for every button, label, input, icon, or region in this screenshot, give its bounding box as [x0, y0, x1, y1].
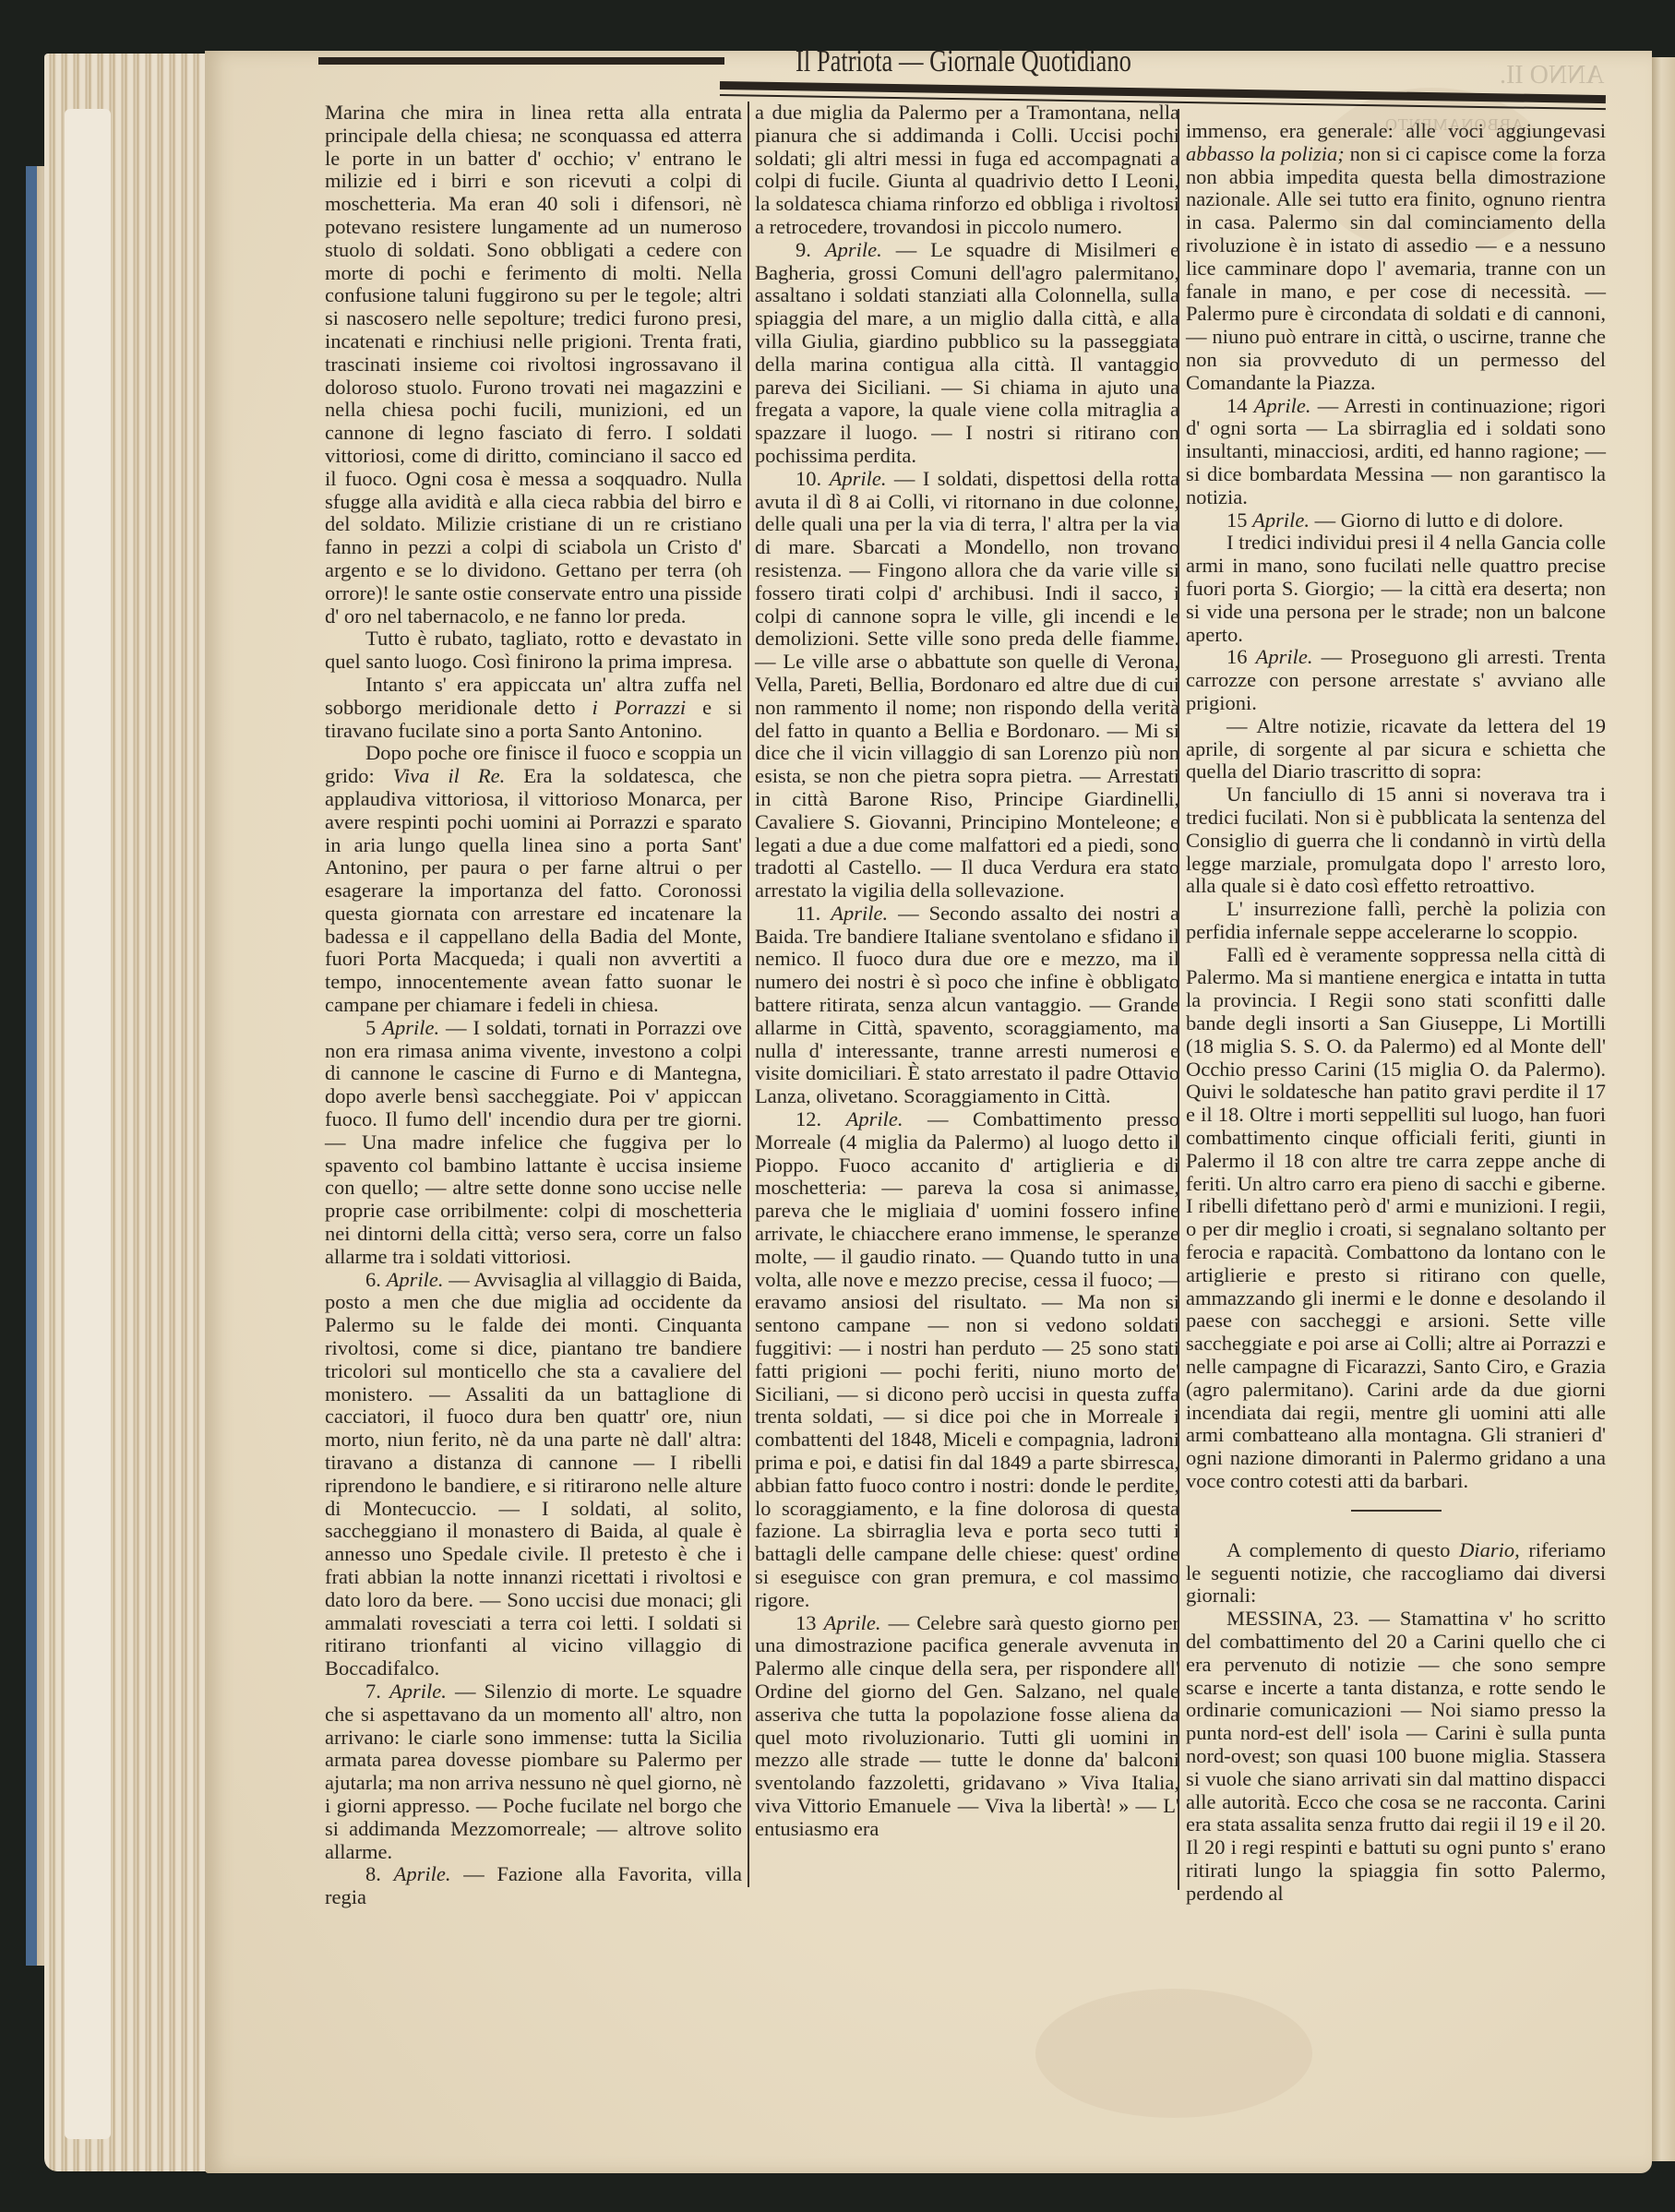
- date-label: i Porrazzi: [592, 696, 687, 719]
- date-label: Aprile.: [830, 467, 887, 490]
- paragraph-text: 11.: [796, 902, 831, 925]
- date-label: Diario,: [1459, 1538, 1520, 1561]
- article-paragraph: 7. Aprile. — Silenzio di morte. Le squad…: [325, 1680, 742, 1863]
- paragraph-text: — Silenzio di morte. Le squadre che si a…: [325, 1680, 742, 1863]
- date-label: Aprile.: [1256, 645, 1313, 668]
- date-label: Aprile.: [1252, 508, 1310, 532]
- article-paragraph: Tutto è rubato, tagliato, rotto e devast…: [325, 628, 742, 674]
- article-paragraph: Un fanciullo di 15 anni si noverava tra …: [1186, 783, 1606, 898]
- paragraph-text: 13: [796, 1611, 824, 1634]
- paragraph-text: — I soldati, tornati in Porrazzi ove non…: [325, 1016, 742, 1268]
- date-label: Aprile.: [394, 1862, 451, 1885]
- article-paragraph: 11. Aprile. — Secondo assalto dei nostri…: [755, 903, 1179, 1108]
- paragraph-text: immenso, era generale: alle voci aggiung…: [1186, 119, 1606, 142]
- paragraph-text: non si ci capisce come la forza non abbi…: [1186, 142, 1606, 394]
- text-column-3: immenso, era generale: alle voci aggiung…: [1186, 120, 1606, 1906]
- article-paragraph: 5 Aprile. — I soldati, tornati in Porraz…: [325, 1017, 742, 1269]
- date-label: Aprile.: [1254, 394, 1311, 417]
- article-paragraph: A complemento di questo Diario, riferiam…: [1186, 1539, 1606, 1608]
- article-paragraph: immenso, era generale: alle voci aggiung…: [1186, 120, 1606, 395]
- paragraph-text: A complemento di questo: [1226, 1538, 1459, 1561]
- paper-stain: [1035, 1989, 1312, 2118]
- next-page-edge: [1652, 57, 1675, 2161]
- article-paragraph: 8. Aprile. — Fazione alla Favorita, vill…: [325, 1863, 742, 1909]
- paragraph-text: 8.: [365, 1862, 394, 1885]
- article-paragraph: a due miglia da Palermo per a Tramontana…: [755, 102, 1179, 239]
- paragraph-text: 14: [1226, 394, 1254, 417]
- date-label: Aprile.: [846, 1107, 903, 1130]
- article-paragraph: Dopo poche ore finisce il fuoco e scoppi…: [325, 742, 742, 1017]
- article-paragraph: Intanto s' era appiccata un' altra zuffa…: [325, 674, 742, 742]
- article-paragraph: — Altre notizie, ricavate da lettera del…: [1186, 715, 1606, 783]
- masthead-title: Il Patriota — Giornale Quotidiano: [796, 44, 1131, 79]
- section-rule: [1351, 1510, 1442, 1512]
- date-label: Aprile.: [389, 1680, 447, 1703]
- paragraph-text: — I soldati, dispettosi della rotta avut…: [755, 467, 1179, 902]
- header-rule-left: [318, 57, 724, 65]
- paragraph-text: 16: [1226, 645, 1256, 668]
- bleed-through-header: ANNO II.: [1500, 61, 1605, 90]
- paragraph-text: — Celebre sarà questo giorno per una dim…: [755, 1611, 1179, 1840]
- paragraph-text: Era la soldatesca, che applaudiva vittor…: [325, 764, 742, 1016]
- paragraph-text: — Le squadre di Misilmeri e Bagheria, gr…: [755, 238, 1179, 467]
- paragraph-text: — Giorno di lutto e di dolore.: [1310, 508, 1563, 532]
- article-paragraph: 12. Aprile. — Combattimento presso Morre…: [755, 1108, 1179, 1612]
- page-stack-edge: [44, 54, 210, 2171]
- article-paragraph: 10. Aprile. — I soldati, dispettosi dell…: [755, 468, 1179, 903]
- date-label: Aprile.: [824, 1611, 881, 1634]
- article-paragraph: I tredici individui presi il 4 nella Gan…: [1186, 532, 1606, 646]
- date-label: Aprile.: [831, 902, 888, 925]
- article-paragraph: Marina che mira in linea retta alla entr…: [325, 102, 742, 628]
- paragraph-text: 10.: [796, 467, 830, 490]
- article-paragraph: 6. Aprile. — Avvisaglia al villaggio di …: [325, 1269, 742, 1680]
- article-paragraph: MESSINA, 23. — Stamattina v' ho scritto …: [1186, 1608, 1606, 1905]
- date-label: Viva il Re.: [393, 764, 505, 787]
- date-label: abbasso la polizia;: [1186, 142, 1345, 165]
- paragraph-text: 7.: [365, 1680, 389, 1703]
- paragraph-text: — Combattimento presso Morreale (4 migli…: [755, 1107, 1179, 1611]
- paragraph-text: 5: [365, 1016, 382, 1039]
- paragraph-text: 9.: [796, 238, 825, 261]
- article-paragraph: 9. Aprile. — Le squadre di Misilmeri e B…: [755, 239, 1179, 468]
- paragraph-text: — Secondo assalto dei nostri a Baida. Tr…: [755, 902, 1179, 1107]
- article-paragraph: Fallì ed è veramente soppressa nella cit…: [1186, 944, 1606, 1493]
- article-paragraph: 16 Aprile. — Proseguono gli arresti. Tre…: [1186, 646, 1606, 714]
- text-column-2: a due miglia da Palermo per a Tramontana…: [755, 102, 1179, 1841]
- date-label: Aprile.: [825, 238, 882, 261]
- article-paragraph: 15 Aprile. — Giorno di lutto e di dolore…: [1186, 509, 1606, 532]
- date-label: Aprile.: [382, 1016, 439, 1039]
- article-paragraph: 14 Aprile. — Arresti in continuazione; r…: [1186, 395, 1606, 509]
- bookmark-slip: [65, 109, 111, 2139]
- paragraph-text: 6.: [365, 1268, 387, 1291]
- paragraph-text: — Avvisaglia al villaggio di Baida, post…: [325, 1268, 742, 1680]
- text-column-1: Marina che mira in linea retta alla entr…: [325, 102, 742, 1909]
- paragraph-text: 15: [1226, 508, 1252, 532]
- column-divider: [748, 102, 749, 1887]
- article-paragraph: 13 Aprile. — Celebre sarà questo giorno …: [755, 1612, 1179, 1841]
- article-paragraph: L' insurrezione fallì, perchè la polizia…: [1186, 898, 1606, 944]
- paragraph-text: 12.: [796, 1107, 846, 1130]
- date-label: Aprile.: [387, 1268, 444, 1291]
